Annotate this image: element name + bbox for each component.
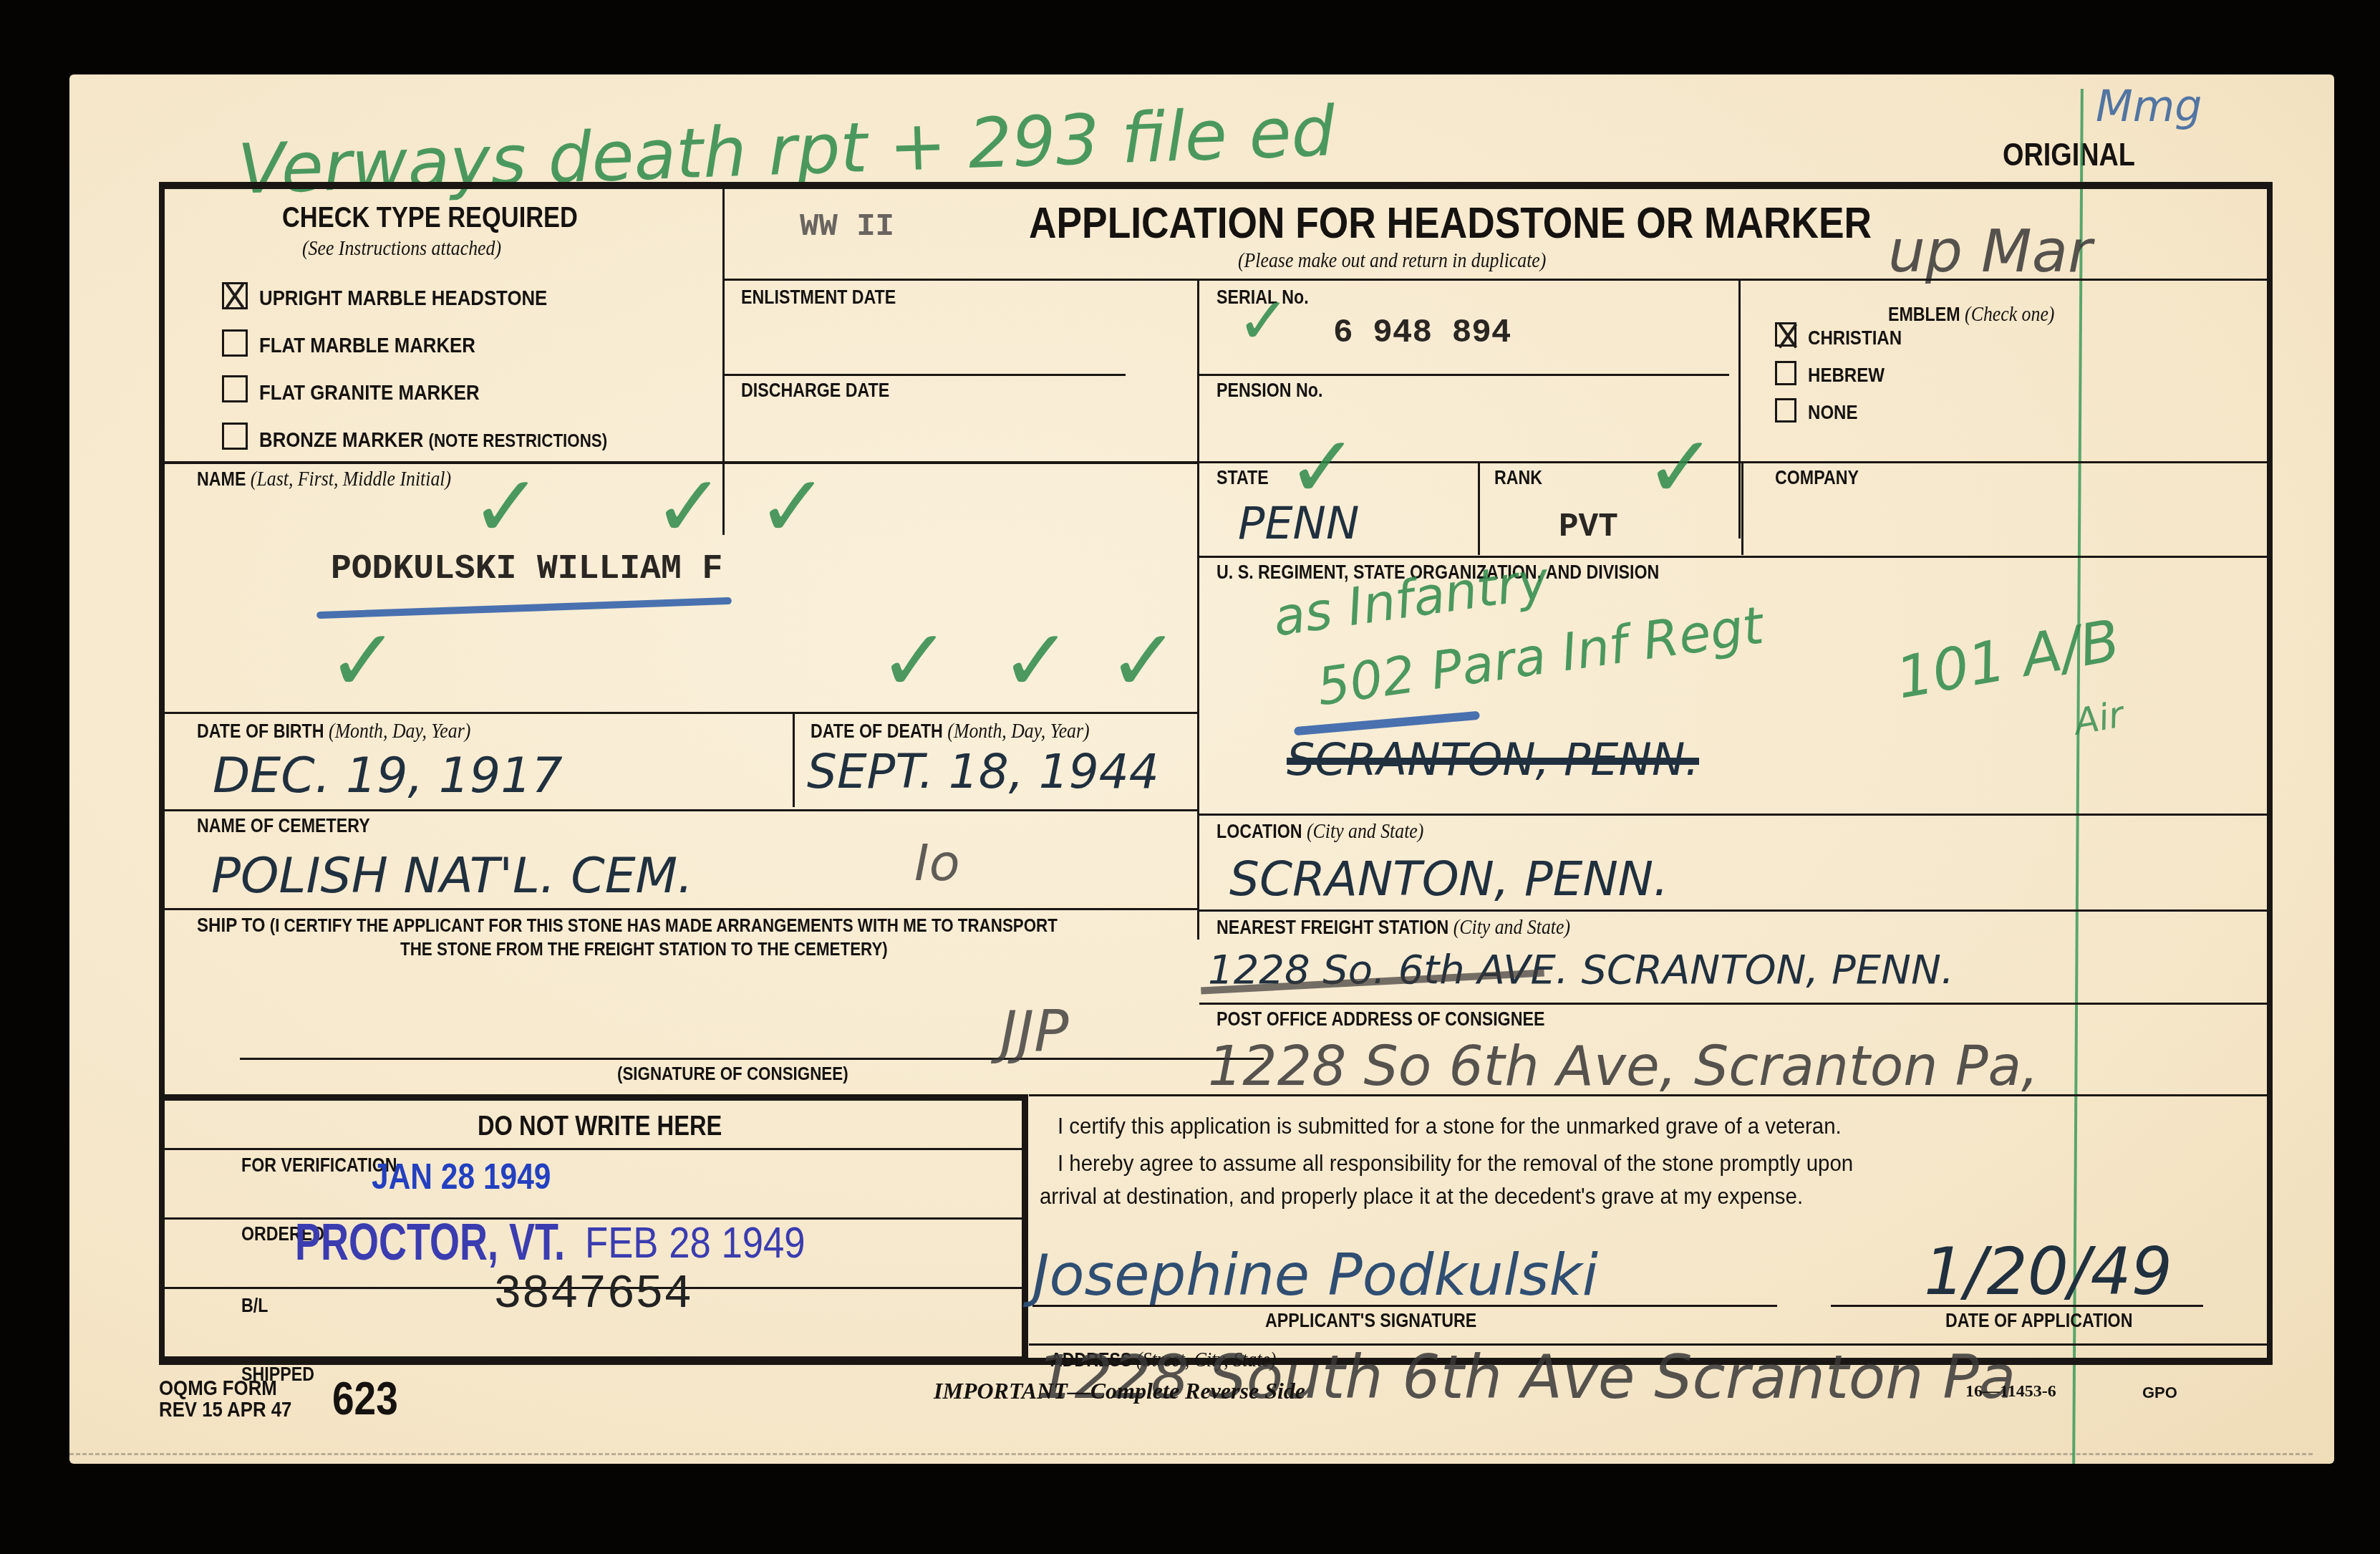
date-of-death-value: SEPT. 18, 1944: [807, 744, 1159, 799]
verify-check-icon: ✓: [1645, 425, 1717, 511]
rule: [1199, 814, 2267, 816]
date-of-birth-label: DATE OF BIRTH (Month, Day, Year): [197, 719, 470, 743]
verify-check-icon: ✓: [757, 465, 829, 551]
serial-no-value: 6 948 894: [1333, 314, 1511, 352]
checkbox-flat-granite-marker[interactable]: [222, 375, 248, 402]
verify-check-icon: ✓: [1108, 619, 1180, 705]
checkbox-emblem-none[interactable]: [1775, 398, 1796, 423]
rank-label: RANK: [1494, 467, 1542, 489]
option-flat-granite-marker: FLAT GRANITE MARKER: [259, 381, 480, 405]
ship-to-label-line2: THE STONE FROM THE FREIGHT STATION TO TH…: [400, 938, 888, 960]
state-label: STATE: [1216, 467, 1269, 489]
applicant-signature-label: APPLICANT'S SIGNATURE: [1265, 1310, 1476, 1332]
emblem-none: NONE: [1808, 401, 1858, 424]
checkbox-flat-marble-marker[interactable]: [222, 329, 248, 357]
date-of-application-line: [1831, 1305, 2203, 1307]
verify-check-icon: ✓: [879, 619, 951, 705]
emblem-christian: CHRISTIAN: [1808, 327, 1902, 349]
cemetery-initials: Io: [914, 834, 959, 892]
emblem-hebrew: HEBREW: [1808, 364, 1885, 387]
company-label: COMPANY: [1775, 467, 1859, 489]
certification-line3: arrival at destination, and properly pla…: [1040, 1183, 1803, 1210]
consignee-signature-value: JJP: [1000, 998, 1068, 1065]
title-underline: [725, 279, 2267, 281]
pension-no-label: PENSION No.: [1216, 380, 1322, 402]
name-label: NAME (Last, First, Middle Initial): [197, 467, 451, 491]
option-bronze-marker: BRONZE MARKER (NOTE RESTRICTIONS): [259, 428, 607, 453]
office-box-right: [1022, 1094, 1028, 1363]
consignee-address-label: POST OFFICE ADDRESS OF CONSIGNEE: [1216, 1008, 1544, 1031]
perforation-line: [69, 1453, 2313, 1455]
location-value: SCRANTON, PENN.: [1229, 851, 1668, 907]
important-note: IMPORTANT—Complete Reverse Side: [934, 1378, 1305, 1404]
divider-serial: [1197, 281, 1199, 940]
rule: [165, 1356, 1024, 1358]
option-upright-marble-headstone: UPRIGHT MARBLE HEADSTONE: [259, 286, 547, 311]
divider-state-rank: [1478, 463, 1480, 555]
copy-label: ORIGINAL: [2003, 137, 2135, 173]
option-flat-marble-marker: FLAT MARBLE MARKER: [259, 334, 475, 358]
checkbox-emblem-hebrew[interactable]: [1775, 361, 1796, 385]
rank-value: PVT: [1559, 508, 1618, 546]
top-green-annotation: Verways death rpt + 293 file ed: [237, 91, 1337, 209]
verify-check-icon: ✓: [470, 465, 543, 551]
ordered-stamp-date: FEB 28 1949: [585, 1217, 806, 1268]
frame-left: [159, 182, 165, 1364]
divider-dob-dod: [793, 714, 795, 807]
form-id-line2: REV 15 APR 47: [159, 1398, 291, 1422]
check-type-heading: CHECK TYPE REQUIRED: [282, 202, 578, 234]
division-annotation-2: Air: [2071, 693, 2127, 743]
top-right-initials: Mmg: [2096, 82, 2202, 132]
applicant-signature-line: [1032, 1305, 1777, 1307]
rule: [165, 809, 1199, 811]
bl-label: B/L: [241, 1295, 268, 1317]
applicant-signature-value: Josephine Podkulski: [1032, 1242, 1598, 1308]
freight-station-label: NEAREST FREIGHT STATION (City and State): [1216, 915, 1570, 940]
form-subtitle: (Please make out and return in duplicate…: [1238, 248, 1546, 273]
print-code: 16—11453-6: [1965, 1382, 2056, 1401]
rule: [1199, 461, 2267, 463]
date-of-application-value: 1/20/49: [1924, 1235, 2172, 1310]
date-of-application-label: DATE OF APPLICATION: [1945, 1310, 2132, 1332]
rule: [725, 374, 1126, 376]
rule: [1199, 909, 2267, 912]
verify-check-icon: ✓: [1000, 619, 1073, 705]
checkbox-bronze-marker[interactable]: [222, 423, 248, 450]
divider-rank-company: [1741, 463, 1743, 555]
consignee-signature-label: (SIGNATURE OF CONSIGNEE): [617, 1063, 848, 1085]
rule: [1199, 374, 1729, 376]
bl-value: 3847654: [493, 1268, 692, 1321]
office-use-heading: DO NOT WRITE HERE: [478, 1111, 722, 1142]
cemetery-value: POLISH NAT'L. CEM.: [211, 848, 693, 904]
consignee-signature-line: [240, 1058, 1264, 1060]
office-box-top: [165, 1094, 1027, 1101]
date-of-death-label: DATE OF DEATH (Month, Day, Year): [811, 719, 1090, 743]
checkbox-emblem-christian[interactable]: [1775, 322, 1796, 347]
headstone-application-card: Verways death rpt + 293 file ed Mmg ORIG…: [69, 74, 2334, 1464]
discharge-date-label: DISCHARGE DATE: [741, 380, 889, 402]
printer-mark: GPO: [2142, 1384, 2177, 1402]
check-type-subheading: (See Instructions attached): [302, 236, 501, 261]
checkbox-upright-marble-headstone[interactable]: [222, 282, 248, 309]
consignee-address-value: 1228 So 6th Ave, Scranton Pa,: [1208, 1034, 2038, 1098]
date-of-birth-value: DEC. 19, 1917: [213, 748, 563, 804]
rule: [165, 908, 1199, 910]
verification-stamp: JAN 28 1949: [372, 1156, 551, 1197]
certification-line1: I certify this application is submitted …: [1058, 1113, 1842, 1139]
enlistment-date-label: ENLISTMENT DATE: [741, 286, 896, 309]
rule: [1199, 1003, 2267, 1005]
form-number: 623: [332, 1372, 398, 1425]
division-annotation: 101 A/B: [1891, 607, 2124, 711]
cemetery-label: NAME OF CEMETERY: [197, 815, 370, 837]
war-label: WW II: [800, 209, 894, 245]
up-mar-annotation: up Mar: [1888, 218, 2092, 286]
verify-check-icon: ✓: [1237, 289, 1290, 354]
divider-emblem: [1738, 281, 1741, 539]
frame-right: [2267, 182, 2273, 1364]
rule: [165, 1148, 1024, 1150]
verify-check-icon: ✓: [653, 465, 725, 551]
rule: [165, 712, 1199, 714]
verify-check-icon: ✓: [327, 619, 400, 705]
location-label: LOCATION (City and State): [1216, 819, 1423, 844]
certification-line2: I hereby agree to assume all responsibil…: [1058, 1150, 1853, 1177]
verify-check-icon: ✓: [1287, 425, 1359, 511]
rule: [1199, 556, 2267, 558]
form-title: APPLICATION FOR HEADSTONE OR MARKER: [1029, 198, 1872, 248]
ordered-stamp-place: PROCTOR, VT.: [295, 1213, 565, 1272]
rule: [1029, 1094, 2267, 1096]
regiment-struck-value: SCRANTON, PENN.: [1287, 733, 1699, 786]
form-id-line1: OQMG FORM: [159, 1376, 277, 1401]
ship-to-label: SHIP TO (I CERTIFY THE APPLICANT FOR THI…: [197, 914, 1058, 937]
frame-top: [159, 182, 2271, 189]
emblem-label: EMBLEM (Check one): [1888, 302, 2054, 327]
